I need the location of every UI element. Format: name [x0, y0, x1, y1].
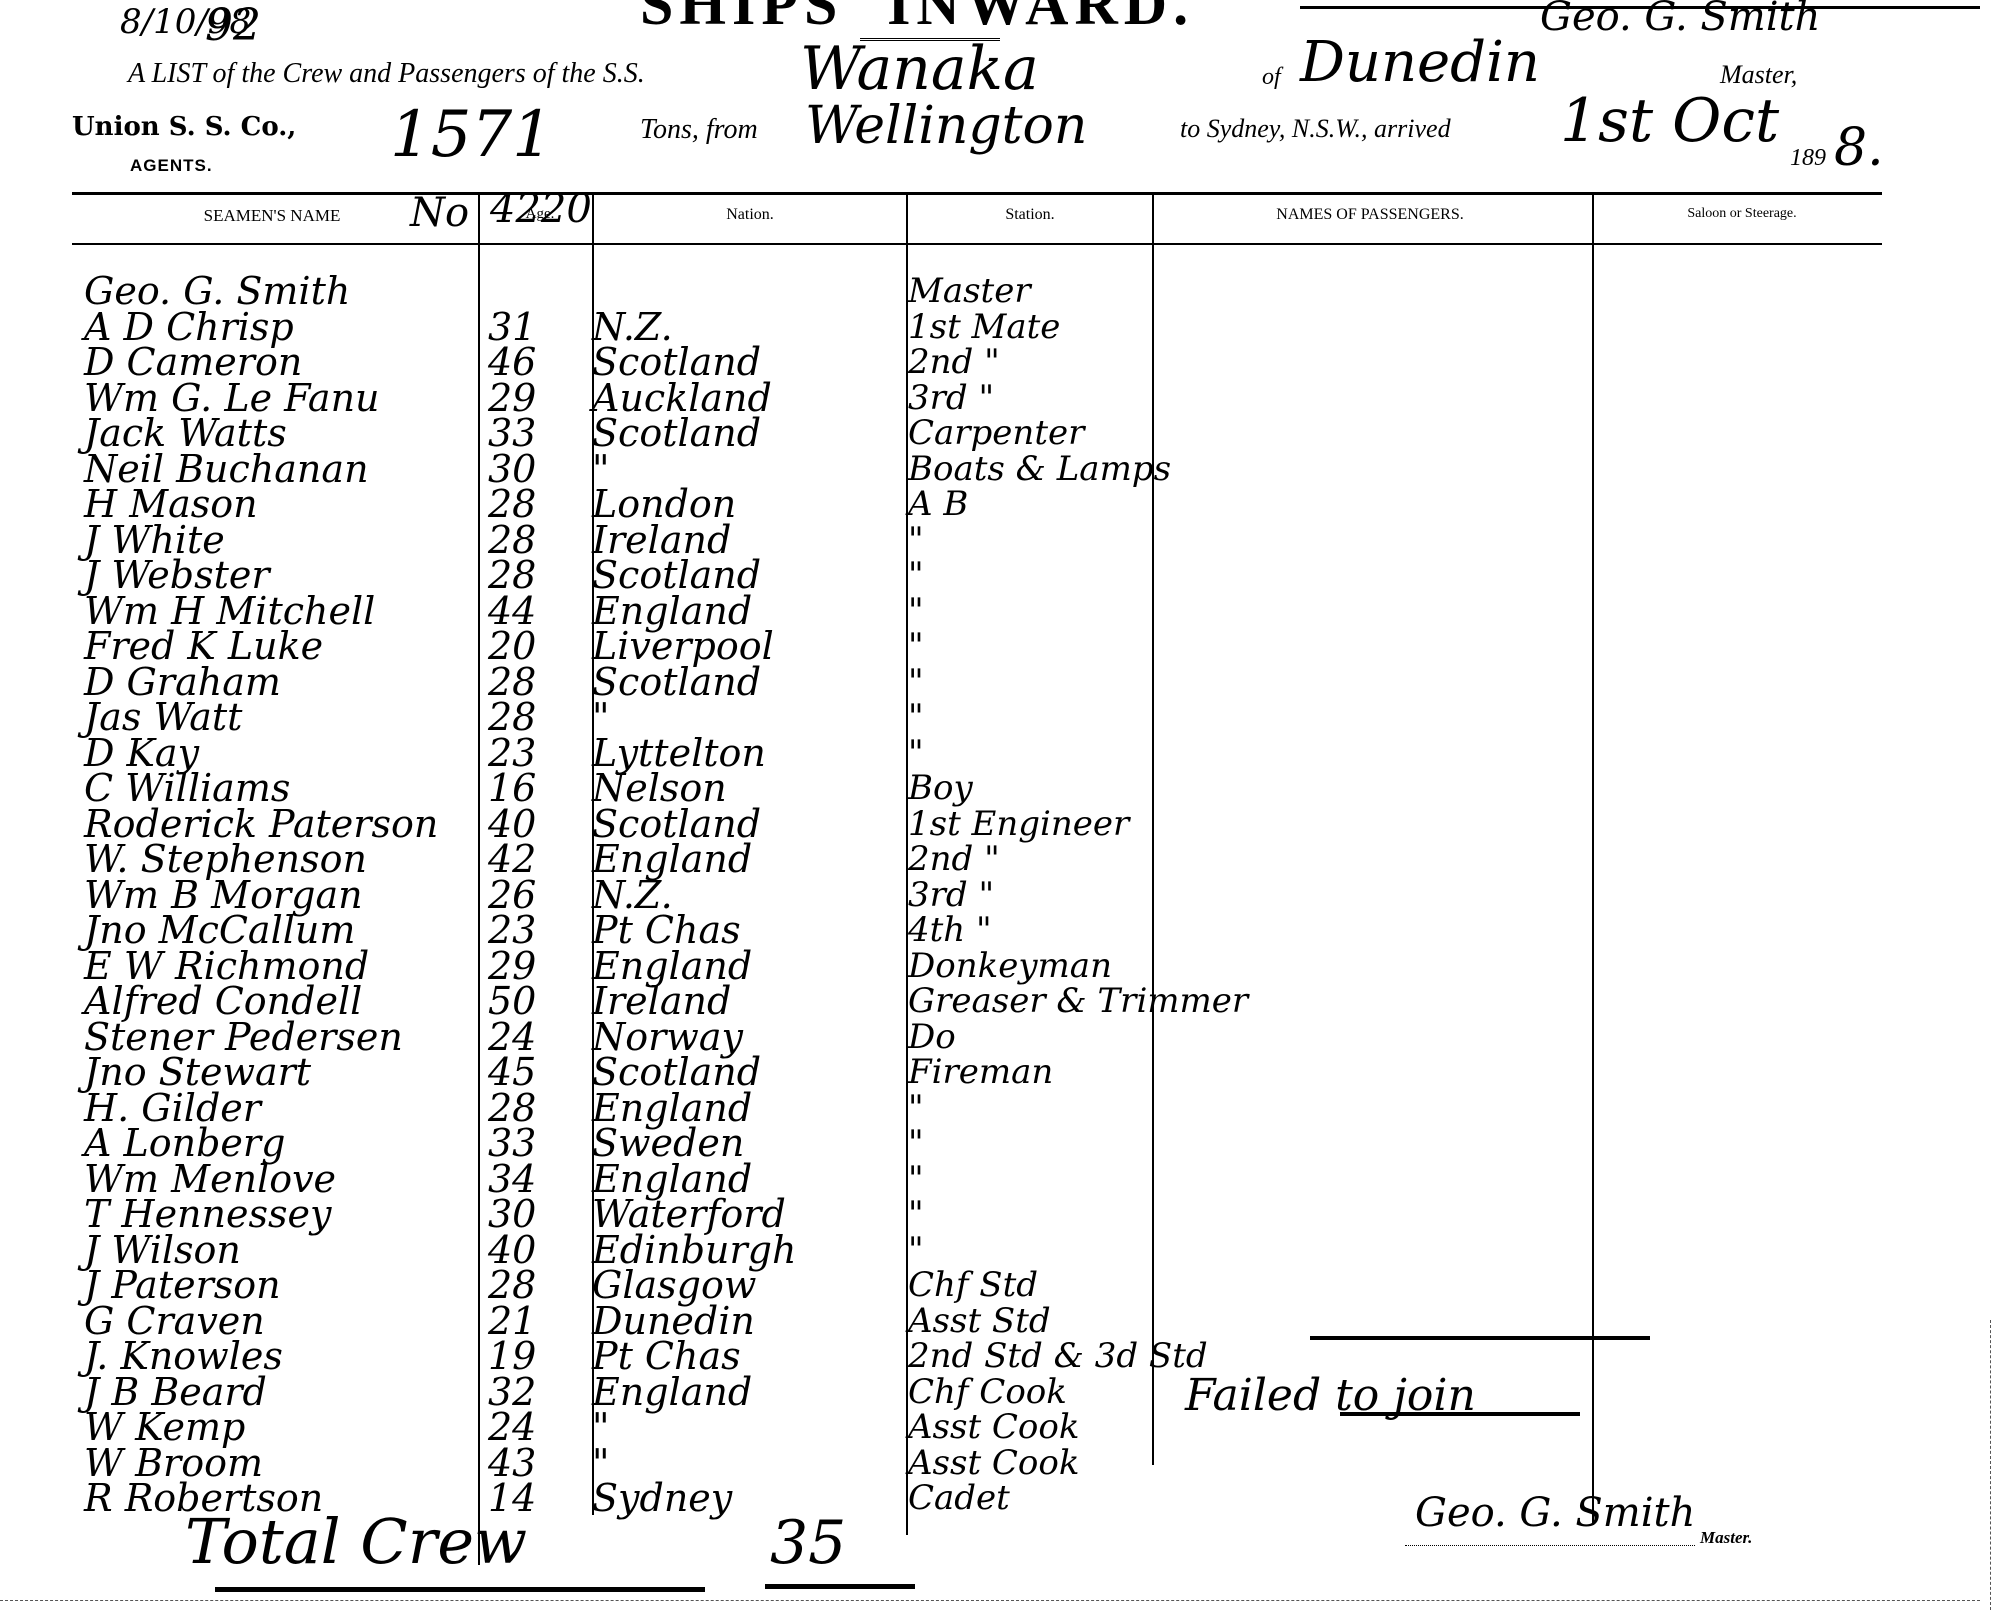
crew-row: Neil Buchanan30"Boats & Lamps: [0, 450, 2000, 485]
crew-station: ": [908, 663, 924, 701]
crew-station: ": [908, 1195, 924, 1233]
crew-row: J Webster28Scotland": [0, 556, 2000, 591]
crew-row: J Wilson40Edinburgh": [0, 1231, 2000, 1266]
signature-line: [1405, 1545, 1695, 1546]
port-of-registry: Dunedin: [1300, 30, 1540, 95]
column-header-station: Station.: [910, 206, 1150, 224]
master-signature: Geo. G. Smith: [1415, 1490, 1695, 1536]
crew-row: W Broom43"Asst Cook: [0, 1444, 2000, 1479]
crew-station: Master: [908, 272, 1031, 310]
crew-station: Asst Cook: [908, 1408, 1079, 1446]
crew-nation: Scotland: [592, 663, 761, 701]
crew-station: ": [908, 1160, 924, 1198]
of-label: of: [1262, 64, 1281, 91]
crew-row: W Kemp24"Asst Cook: [0, 1408, 2000, 1443]
crew-station: ": [908, 698, 924, 736]
crew-row: A D Chrisp31N.Z.1st Mate: [0, 308, 2000, 343]
column-header-nation: Nation.: [600, 206, 900, 224]
agent-name: Union S. S. Co.,: [72, 112, 296, 142]
destination-arrived-label: to Sydney, N.S.W., arrived: [1180, 114, 1451, 144]
table-header-rule: [72, 243, 1882, 245]
crew-row: Jack Watts33ScotlandCarpenter: [0, 414, 2000, 449]
crew-station: 1st Mate: [908, 308, 1060, 346]
crew-row: Wm H Mitchell44England": [0, 592, 2000, 627]
crew-row: Jno McCallum23Pt Chas4th ": [0, 911, 2000, 946]
crew-nation: Sydney: [592, 1479, 732, 1517]
crew-station: 2nd ": [908, 840, 1000, 878]
crew-row: C Williams16NelsonBoy: [0, 769, 2000, 804]
total-crew-value: 35: [770, 1508, 846, 1578]
crew-station: ": [908, 627, 924, 665]
crew-row: H. Gilder28England": [0, 1089, 2000, 1124]
crew-station: A B: [908, 485, 968, 523]
total-value-underline: [765, 1584, 915, 1589]
crew-row: J Paterson28GlasgowChf Std: [0, 1266, 2000, 1301]
crew-row: Jno Stewart45ScotlandFireman: [0, 1053, 2000, 1088]
crew-station: 3rd ": [908, 876, 994, 914]
arrival-day-month: 1st Oct: [1560, 86, 1779, 156]
master-signature-label: Master.: [1700, 1528, 1752, 1548]
crew-row: J B Beard32EnglandChf Cook: [0, 1373, 2000, 1408]
tonnage: 1571: [390, 98, 553, 172]
crew-row: J. Knowles19Pt Chas2nd Std & 3d Std: [0, 1337, 2000, 1372]
crew-row: T Hennessey30Waterford": [0, 1195, 2000, 1230]
crew-station: Chf Std: [908, 1266, 1038, 1304]
arrival-year: 1898.: [1790, 118, 1884, 178]
crew-station: 3rd ": [908, 379, 994, 417]
crew-station: Greaser & Trimmer: [908, 982, 1248, 1020]
page-edge-bottom: [0, 1600, 1980, 1601]
crew-station: Fireman: [908, 1053, 1053, 1091]
crew-row: Roderick Paterson40Scotland1st Engineer: [0, 805, 2000, 840]
total-crew-label: Total Crew: [185, 1505, 527, 1578]
crew-row: D Graham28Scotland": [0, 663, 2000, 698]
failed-note-underline: [1340, 1412, 1580, 1416]
crew-row: Wm G. Le Fanu29Auckland3rd ": [0, 379, 2000, 414]
crew-station: ": [908, 521, 924, 559]
crew-row: D Kay23Lyttelton": [0, 734, 2000, 769]
arrival-year-printed: 189: [1790, 145, 1826, 171]
crew-row: Stener Pedersen24NorwayDo: [0, 1018, 2000, 1053]
table-top-rule: [72, 192, 1882, 195]
departure-port: Wellington: [805, 96, 1087, 156]
column-header-passengers: NAMES OF PASSENGERS.: [1150, 206, 1590, 224]
crew-station: Chf Cook: [908, 1373, 1067, 1411]
column-header-saloon-or-steerage: Saloon or Steerage.: [1592, 206, 1892, 222]
ship-name: Wanaka: [800, 34, 1039, 104]
crew-nation: England: [592, 1373, 752, 1411]
crew-row: Wm B Morgan26N.Z.3rd ": [0, 876, 2000, 911]
arrival-date: 1st Oct: [1560, 86, 1779, 156]
crew-station: ": [908, 592, 924, 630]
crew-station: 2nd ": [908, 343, 1000, 381]
crew-station: Cadet: [908, 1479, 1010, 1517]
crew-row: Geo. G. SmithMaster: [0, 272, 2000, 307]
crew-station: Asst Cook: [908, 1444, 1079, 1482]
total-label-underline: [215, 1587, 705, 1592]
crew-station: 4th ": [908, 911, 992, 949]
tons-from-label: Tons, from: [640, 114, 758, 146]
crew-station: Carpenter: [908, 414, 1084, 452]
crew-station: ": [908, 1124, 924, 1162]
page-edge-right: [1990, 1320, 1991, 1610]
crew-station: 1st Engineer: [908, 805, 1129, 843]
crew-row: G Craven21DunedinAsst Std: [0, 1302, 2000, 1337]
crew-nation: Scotland: [592, 414, 761, 452]
handwritten-list-number: 4220: [490, 186, 592, 232]
crew-station: ": [908, 1231, 924, 1269]
failed-note-overline: [1310, 1336, 1650, 1340]
crew-station: Donkeyman: [908, 947, 1112, 985]
crew-station: Boy: [908, 769, 973, 807]
master-signature-top: Geo. G. Smith: [1540, 0, 1820, 40]
crew-row: J White28Ireland": [0, 521, 2000, 556]
crew-row: Wm Menlove34England": [0, 1160, 2000, 1195]
crew-row: W. Stephenson42England2nd ": [0, 840, 2000, 875]
crew-row: E W Richmond29EnglandDonkeyman: [0, 947, 2000, 982]
crew-station: Asst Std: [908, 1302, 1051, 1340]
reference-number: 92: [205, 0, 261, 51]
agents-label: AGENTS.: [130, 156, 213, 176]
crew-station: 2nd Std & 3d Std: [908, 1337, 1208, 1375]
crew-row: Fred K Luke20Liverpool": [0, 627, 2000, 662]
crew-row: Alfred Condell50IrelandGreaser & Trimmer: [0, 982, 2000, 1017]
list-heading-text: A LIST of the Crew and Passengers of the…: [128, 58, 645, 90]
handwritten-no-label: No: [410, 190, 469, 236]
crew-row: H Mason28LondonA B: [0, 485, 2000, 520]
crew-row: D Cameron46Scotland2nd ": [0, 343, 2000, 378]
crew-row: A Lonberg33Sweden": [0, 1124, 2000, 1159]
crew-station: ": [908, 734, 924, 772]
arrival-year-handwritten: 8.: [1834, 118, 1884, 178]
crew-station: ": [908, 556, 924, 594]
crew-row: Jas Watt28"": [0, 698, 2000, 733]
crew-station: ": [908, 1089, 924, 1127]
crew-station: Boats & Lamps: [908, 450, 1171, 488]
crew-station: Do: [908, 1018, 956, 1056]
